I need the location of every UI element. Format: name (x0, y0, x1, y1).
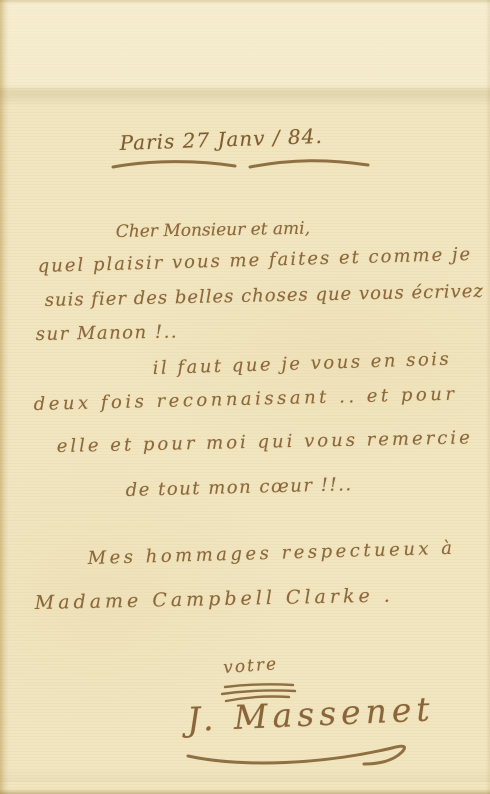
body-line: deux fois reconnaissant .. et pour (33, 384, 457, 415)
body-line: Madame Campbell Clarke . (35, 584, 394, 614)
body-line: sur Manon !.. (36, 322, 179, 345)
signature-underline-flourish (184, 740, 428, 772)
date-underline-flourish (110, 156, 376, 174)
body-line: quel plaisir vous me faites et comme je (37, 244, 472, 277)
paper-edge-bottom (0, 789, 490, 794)
fold-crease-top (0, 84, 490, 106)
body-line: Mes hommages respectueux à (87, 538, 455, 569)
date-line: Paris 27 Janv / 84. (119, 124, 323, 155)
paper-edge-right (486, 0, 490, 794)
salutation-line: Cher Monsieur et ami, (116, 219, 311, 242)
paper-top-band (0, 0, 490, 88)
body-line: de tout mon cœur !!.. (125, 474, 352, 501)
body-line: il faut que je vous en sois (152, 349, 451, 379)
paper-edge-top (0, 0, 490, 4)
handwritten-letter-scan: Paris 27 Janv / 84. Cher Monsieur et ami… (0, 0, 490, 794)
paper-edge-left (0, 0, 9, 794)
valediction: votre (223, 654, 279, 678)
body-line: suis fier des belles choses que vous écr… (45, 281, 485, 311)
body-line: elle et pour moi qui vous remercie (57, 427, 473, 457)
